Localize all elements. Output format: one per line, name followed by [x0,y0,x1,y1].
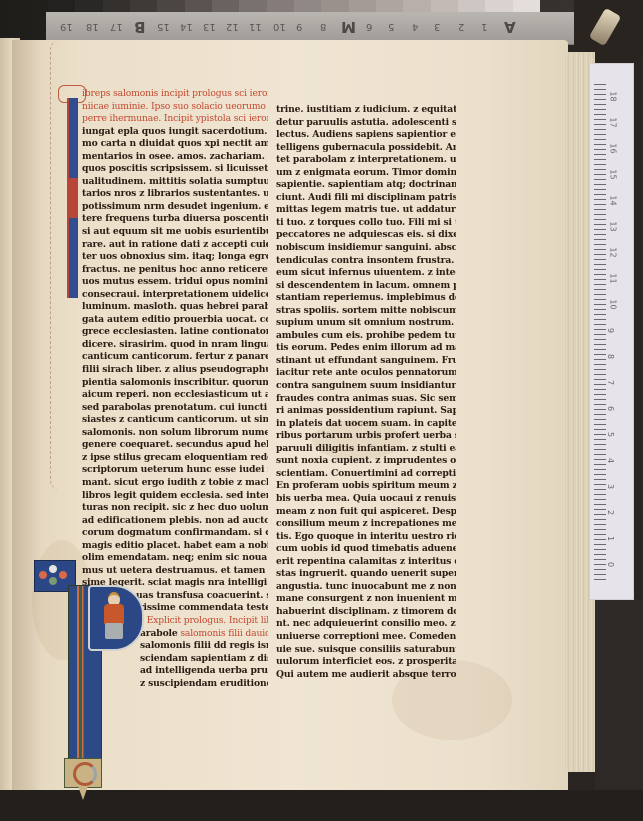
script-text: contra sanguinem suum insidiantur. z mol… [276,380,456,391]
text-line: telligens gubernacula possidebit. Animad… [276,142,456,155]
ruler-label: 10 [609,299,618,309]
dark-backdrop-bottom-right [595,600,643,821]
text-line: consecraui. interpretationem uidelicet t… [82,289,268,302]
ruler-label: 4 [412,21,418,32]
script-text: canticum canticorum. fertur z panaretos … [82,351,268,362]
text-line: Qui autem me audierit absque terrore req… [276,669,456,682]
ruler-label: 14 [609,195,618,205]
text-line: libros legit quidem ecclesia. sed inter … [82,490,268,503]
text-line: detur paruulis astutia. adolescenti scie… [276,117,456,130]
ruler-label: 0 [606,562,615,567]
script-text: ter uos obnoxius sim. itaq; longa egrota… [82,251,268,262]
ruler-label: 9 [296,21,302,32]
script-text: stantiam reperiemus. implebimus domos no [276,292,456,303]
text-line: rare. aut in ratione dati z accepti cuiq… [82,239,268,252]
script-text: sciendam sapientiam z disciplinam. [140,653,268,664]
script-text: uos mutus essem. tridui opus nomini uest… [82,276,268,287]
text-line: canticum canticorum. fertur z panaretos … [82,351,268,364]
script-text: mo carta n diuidat quos xpi nectit amor.… [82,138,268,149]
ruler-label: 11 [609,273,618,283]
text-line: tet parabolam z interpretationem. uerba … [276,154,456,167]
text-line: stinant ut effundant sanguinem. Frustra … [276,355,456,368]
script-text: nobiscum insidiemur sanguini. abscondamu… [276,242,456,253]
script-text: bis uerba mea. Quia uocaui z renuistis. … [276,493,456,504]
ruler-label: 3 [434,21,440,32]
script-text: eum sicut infernus uiuentem. z integrum … [276,267,456,278]
script-text: cum uobis id quod timebatis aduenerit. C… [276,543,456,554]
script-text: magis editio placet. habet eam a nobis [82,540,268,551]
script-text: salomonis filii dd regis isrl. ad [140,640,268,651]
script-text: meam z non fuit qui aspiceret. Despexist… [276,506,456,517]
text-line: iacitur rete ante oculos pennatorum. ips… [276,367,456,380]
grey-garment [105,623,123,639]
ruler-label: 8 [320,21,326,32]
script-text: tendiculas contra insontem frustra. degl… [276,255,456,266]
ruler-label: 8 [606,354,615,359]
script-text: ciunt. Audi fili mi disciplinam patris t… [276,192,456,203]
dragon-curl-icon [73,762,97,786]
script-text: ti tuo. z torques collo tuo. Fili mi si … [276,217,456,228]
ruler-label: 10 [273,21,286,32]
text-line: quos poscitis scripsissem. si licuisset … [82,163,268,176]
script-text: mittas legem matris tue. ut addatur grat… [276,204,456,215]
text-line: um z enigmata eorum. Timor domini princi… [276,167,456,180]
text-line: consilium meum z increpationes meas negl… [276,518,456,531]
text-line: ibreps salomonis incipit prologus sci ie… [82,88,268,101]
ruler-label: 13 [609,221,618,231]
text-line: dicere. sirasirim. quod in nram linguam … [82,339,268,352]
script-text: habuerint disciplinam. z timorem domini … [276,606,456,617]
script-text: sapientie. sapientiam atq; doctrinam stu… [276,179,456,190]
script-text: nt. nec adquieuerint consilio meo. z det… [276,618,456,629]
script-text: ambules cum eis. prohibe pedem tuum a se… [276,330,456,341]
text-line: in plateis dat uocem suam. in capite tur… [276,418,456,431]
tail-spur [78,786,88,800]
script-text: genere coequaret. secundus apud hebreos … [82,439,268,450]
rubric-text: Explicit prologus. Incipit liber prouerb… [147,615,268,626]
script-text: sunt noxia cupient. z imprudentes odibun… [276,455,456,466]
text-line: uie sue. suisque consiliis saturabuntur.… [276,644,456,657]
text-line: bis uerba mea. Quia uocaui z renuistis. … [276,493,456,506]
text-line: stras spoliis. sortem mitte nobiscum. z … [276,305,456,318]
text-line: nt. nec adquieuerint consilio meo. z det… [276,618,456,631]
text-line: tendiculas contra insontem frustra. degl… [276,255,456,268]
initial-p-tail-terminal [64,758,102,788]
ruler-label: 2 [606,510,615,515]
text-line: uniuerse correptioni mee. Comedent igitu… [276,631,456,644]
text-line: iungat epla quos iungit sacerdotium. im [82,126,268,139]
text-line: uos mutus essem. tridui opus nomini uest… [82,276,268,289]
script-text: tis. Ego quoque in interitu uestro rideb… [276,531,456,542]
ruler-label: 17 [110,21,123,32]
text-line: perre ihermunae. Incipit ypistola sci ie… [82,113,268,126]
script-text: peccatores ne adquiescas eis. si dixerin… [276,229,456,240]
script-text: arabole [140,628,178,639]
text-line: ribus portarum urbis profert uerba sua d… [276,430,456,443]
text-line: scriptorum ueterum hunc esse iudei filon… [82,464,268,477]
text-line: z suscipiendam eruditionem doc [82,678,268,691]
text-line: ad intelligenda uerba prudentie [82,665,268,678]
text-column-right: trine. iustitiam z iudicium. z equitatem… [276,104,456,681]
script-text: mane consurgent z non inuenient me. eo q… [276,593,456,604]
text-line: stantiam reperiemus. implebimus domos no [276,292,456,305]
script-text: telligens gubernacula possidebit. Animad… [276,142,456,153]
script-text: mant. sicut ergo iudith z tobie z machab… [82,477,268,488]
vertical-scale-ruler: 1817161514131211109876543210 [589,63,634,600]
script-text: ribus portarum urbis profert uerba sua d… [276,430,456,441]
script-text: ad intelligenda uerba prudentie [140,665,268,676]
script-text: detur paruulis astutia. adolescenti scie… [276,117,456,128]
ruler-label: 12 [226,21,239,32]
script-text: ualitudinem. mittitis solatia sumptuum. … [82,176,268,187]
red-robe [104,604,124,624]
text-line: aicum reperi. non ecclesiasticum ut apud… [82,389,268,402]
ruler-label: 15 [157,21,170,32]
script-text: turas non recipit. sic z hec duo uolumin… [82,502,268,513]
script-text: mentarios in osee. amos. zachariam. mala… [82,151,268,162]
ruler-ticks [594,84,606,584]
script-text: filii sirach liber. z alius pseudographu… [82,364,268,375]
ruler-label: 6 [366,21,372,32]
decorated-initial-i [67,98,78,298]
script-text: Qui autem me audierit absque terrore req… [276,669,456,680]
ruler-label: 15 [609,169,618,179]
text-line: tis. Ego quoque in interitu uestro rideb… [276,531,456,544]
king-solomon-figure [100,590,128,642]
text-line: En proferam uobis spiritum meum z ostend… [276,480,456,493]
text-line: si descendentem in lacum. omnem pretiosa… [276,280,456,293]
script-text: fraudes contra animas suas. Sic semite o… [276,393,456,404]
ruler-label: B [134,18,145,36]
text-line: filii sirach liber. z alius pseudographu… [82,364,268,377]
text-line: ualitudinem. mittitis solatia sumptuum. … [82,176,268,189]
text-line: sunt noxia cupient. z imprudentes odibun… [276,455,456,468]
text-line: tere frequens turba diuersa poscentium. … [82,213,268,226]
text-line: olim emendatam. neq; enim sic noua condi [82,552,268,565]
script-text: si descendentem in lacum. omnem pretiosa… [276,280,456,291]
text-line: nobiscum insidiemur sanguini. abscondamu… [276,242,456,255]
text-line: paruuli diligitis infantiam. z stulti ea… [276,443,456,456]
text-line: potissimum nrm desudet ingenium. et ecce… [82,201,268,214]
script-text: quos poscitis scripsissem. si licuisset … [82,163,268,174]
script-text: ri animas possidentium rapiunt. Sapienti… [276,405,456,416]
ruler-label: 19 [60,21,73,32]
script-text: aicum reperi. non ecclesiasticum ut apud… [82,389,268,400]
text-line: sed parabolas prenotatum. cui iuncti era… [82,402,268,415]
ruler-label: A [504,18,516,36]
script-text: tarios nros z librarios sustentantes. ut… [82,188,268,199]
text-line: tarios nros z librarios sustentantes. ut… [82,188,268,201]
script-text: potissimum nrm desudet ingenium. et ecce… [82,201,268,212]
gutter-shadow [12,40,42,795]
text-line: sapientie. sapientiam atq; doctrinam stu… [276,179,456,192]
text-line: erit repentina calamitas z interitus qua… [276,556,456,569]
text-line: habuerint disciplinam. z timorem domini … [276,606,456,619]
script-text: dicere. sirasirim. quod in nram linguam … [82,339,268,350]
text-line: ter uos obnoxius sim. itaq; longa egrota… [82,251,268,264]
text-line: grece ecclesiasten. latine contionatorem… [82,326,268,339]
ruler-label: 12 [609,247,618,257]
ruler-label: 5 [388,21,394,32]
script-text: stas ingruerit. quando uenerit super uos… [276,568,456,579]
text-line: eum sicut infernus uiuentem. z integrum … [276,267,456,280]
ruler-label: 2 [458,21,464,32]
script-text: consilium meum z increpationes meas negl… [276,518,456,529]
script-text: gata autem editio prouerbia uocat. coele… [82,314,268,325]
script-text: salomonis. non solum librorum numero. se… [82,427,268,438]
dark-backdrop-bottom [0,790,643,821]
text-line: turas non recipit. sic z hec duo uolumin… [82,502,268,515]
script-text: iacitur rete ante oculos pennatorum. ips… [276,367,456,378]
text-line: stas ingruerit. quando uenerit super uos… [276,568,456,581]
script-text: tis eorum. Pedes enim illorum ad malum c… [276,342,456,353]
text-line: tis eorum. Pedes enim illorum ad malum c… [276,342,456,355]
script-text: tet parabolam z interpretationem. uerba … [276,154,456,165]
ruler-label: 1 [606,536,615,541]
script-text: olim emendatam. neq; enim sic noua condi [82,552,268,563]
text-line: uulorum interficiet eos. z prosperitas s… [276,656,456,669]
text-line: meam z non fuit qui aspiceret. Despexist… [276,506,456,519]
script-text: pientia salomonis inscribitur. quorum pr… [82,377,268,388]
ruler-label: 6 [606,406,615,411]
script-text: stinant ut effundant sanguinem. Frustra … [276,355,456,366]
script-text: uniuerse correptioni mee. Comedent igitu… [276,631,456,642]
script-text: si aut equum sit me uobis esurientibus a… [82,226,268,237]
text-line: lectus. Audiens sapiens sapientior erit.… [276,129,456,142]
text-line: mane consurgent z non inuenient me. eo q… [276,593,456,606]
script-text: erit repentina calamitas z interitus qua… [276,556,456,567]
ruler-label: 16 [609,143,618,153]
ruler-label: 5 [606,432,615,437]
text-line: peccatores ne adquiescas eis. si dixerin… [276,229,456,242]
text-line: cum uobis id quod timebatis aduenerit. C… [276,543,456,556]
text-line: ciunt. Audi fili mi disciplinam patris t… [276,192,456,205]
script-text: grece ecclesiasten. latine contionatorem… [82,326,268,337]
text-line: mittas legem matris tue. ut addatur grat… [276,204,456,217]
text-line: pientia salomonis inscribitur. quorum pr… [82,377,268,390]
script-text: z ipse stilus grecam eloquentiam redolet… [82,452,268,463]
script-text: iungat epla quos iungit sacerdotium. im [82,126,268,137]
text-line: mus ut uetera destruamus. et tamen cum d… [82,565,268,578]
script-text: En proferam uobis spiritum meum z ostend… [276,480,456,491]
script-text: stras spoliis. sortem mitte nobiscum. z … [276,305,456,316]
ruler-label: 4 [606,458,615,463]
text-line: fractus. ne penitus hoc anno reticerem. … [82,264,268,277]
script-text: fractus. ne penitus hoc anno reticerem. … [82,264,268,275]
script-text: mus ut uetera destruamus. et tamen cum d… [82,565,268,576]
text-line: siastes z canticum canticorum. ut simili… [82,414,268,427]
text-line: mentarios in osee. amos. zachariam. mala… [82,151,268,164]
ruler-label: 18 [609,91,618,101]
text-line: ti tuo. z torques collo tuo. Fili mi si … [276,217,456,230]
script-text: scriptorum ueterum hunc esse iudei filon… [82,464,268,475]
rubric-text: salomonis filii dauid regis israel. [178,628,268,639]
script-text: consecraui. interpretationem uidelicet t… [82,289,268,300]
text-line: ri animas possidentium rapiunt. Sapienti… [276,405,456,418]
script-text: scientiam. Conuertimini ad correptionem … [276,468,456,479]
script-text: paruuli diligitis infantiam. z stulti ea… [276,443,456,454]
rubric-text: perre ihermunae. Incipit ypistola sci ie… [82,113,268,124]
text-line: sciendam sapientiam z disciplinam. [82,653,268,666]
ruler-label: 14 [180,21,193,32]
text-line: luminum. masloth. quas hebrei parabolas.… [82,301,268,314]
text-line: mant. sicut ergo iudith z tobie z machab… [82,477,268,490]
text-line: ad edificationem plebis. non ad auctorit… [82,515,268,528]
rubric-text: ibreps salomonis incipit prologus sci ie… [82,88,268,99]
script-text: uulorum interficiet eos. z prosperitas s… [276,656,456,667]
script-text: siastes z canticum canticorum. ut simili… [82,414,268,425]
ruler-label: 18 [86,21,99,32]
ruler-label: 17 [609,117,618,127]
text-line: niicae iuminie. Ipso suo solacio ueorumo… [82,101,268,114]
text-line: scientiam. Conuertimini ad correptionem … [276,468,456,481]
ruler-label: M [341,18,356,36]
text-line: mo carta n diuidat quos xpi nectit amor.… [82,138,268,151]
script-text: tere frequens turba diuersa poscentium. … [82,213,268,224]
text-line: z ipse stilus grecam eloquentiam redolet… [82,452,268,465]
script-text: um z enigmata eorum. Timor domini princi… [276,167,456,178]
text-line: angustia. tunc inuocabunt me z non exaud… [276,581,456,594]
text-line: fraudes contra animas suas. Sic semite o… [276,393,456,406]
script-text: uie sue. suisque consiliis saturabuntur.… [276,644,456,655]
script-text: z suscipiendam eruditionem doc [140,678,268,689]
text-line: si aut equum sit me uobis esurientibus a… [82,226,268,239]
ruler-label: 11 [249,21,262,32]
script-text: lectus. Audiens sapiens sapientior erit.… [276,129,456,140]
text-line: corum dogmatum confirmandam. si cui sane… [82,527,268,540]
ruler-label: 7 [606,380,615,385]
text-line: supium unum sit omnium nostrum. Fili mi … [276,317,456,330]
text-line: contra sanguinem suum insidiantur. z mol… [276,380,456,393]
ruler-label: 1 [481,21,487,32]
script-text: corum dogmatum confirmandam. si cui sane… [82,527,268,538]
ruler-label: 9 [606,328,615,333]
script-text: angustia. tunc inuocabunt me z non exaud… [276,581,456,592]
script-text: ad edificationem plebis. non ad auctorit… [82,515,268,526]
text-line: trine. iustitiam z iudicium. z equitatem… [276,104,456,117]
script-text: luminum. masloth. quas hebrei parabolas.… [82,301,268,312]
script-text: supium unum sit omnium nostrum. Fili mi … [276,317,456,328]
script-text: sed parabolas prenotatum. cui iuncti era… [82,402,268,413]
text-line: magis editio placet. habet eam a nobis [82,540,268,553]
text-line: ambules cum eis. prohibe pedem tuum a se… [276,330,456,343]
ruler-label: 3 [606,484,615,489]
text-line: salomonis. non solum librorum numero. se… [82,427,268,440]
script-text: rare. aut in ratione dati z accepti cuiq… [82,239,268,250]
text-line: gata autem editio prouerbia uocat. coele… [82,314,268,327]
ruler-label: 13 [203,21,216,32]
script-text: trine. iustitiam z iudicium. z equitatem… [276,104,456,115]
script-text: in plateis dat uocem suam. in capite tur… [276,418,456,429]
rubric-text: niicae iuminie. Ipso suo solacio ueorumo… [82,101,268,112]
text-line: genere coequaret. secundus apud hebreos … [82,439,268,452]
script-text: libros legit quidem ecclesia. sed inter … [82,490,268,501]
